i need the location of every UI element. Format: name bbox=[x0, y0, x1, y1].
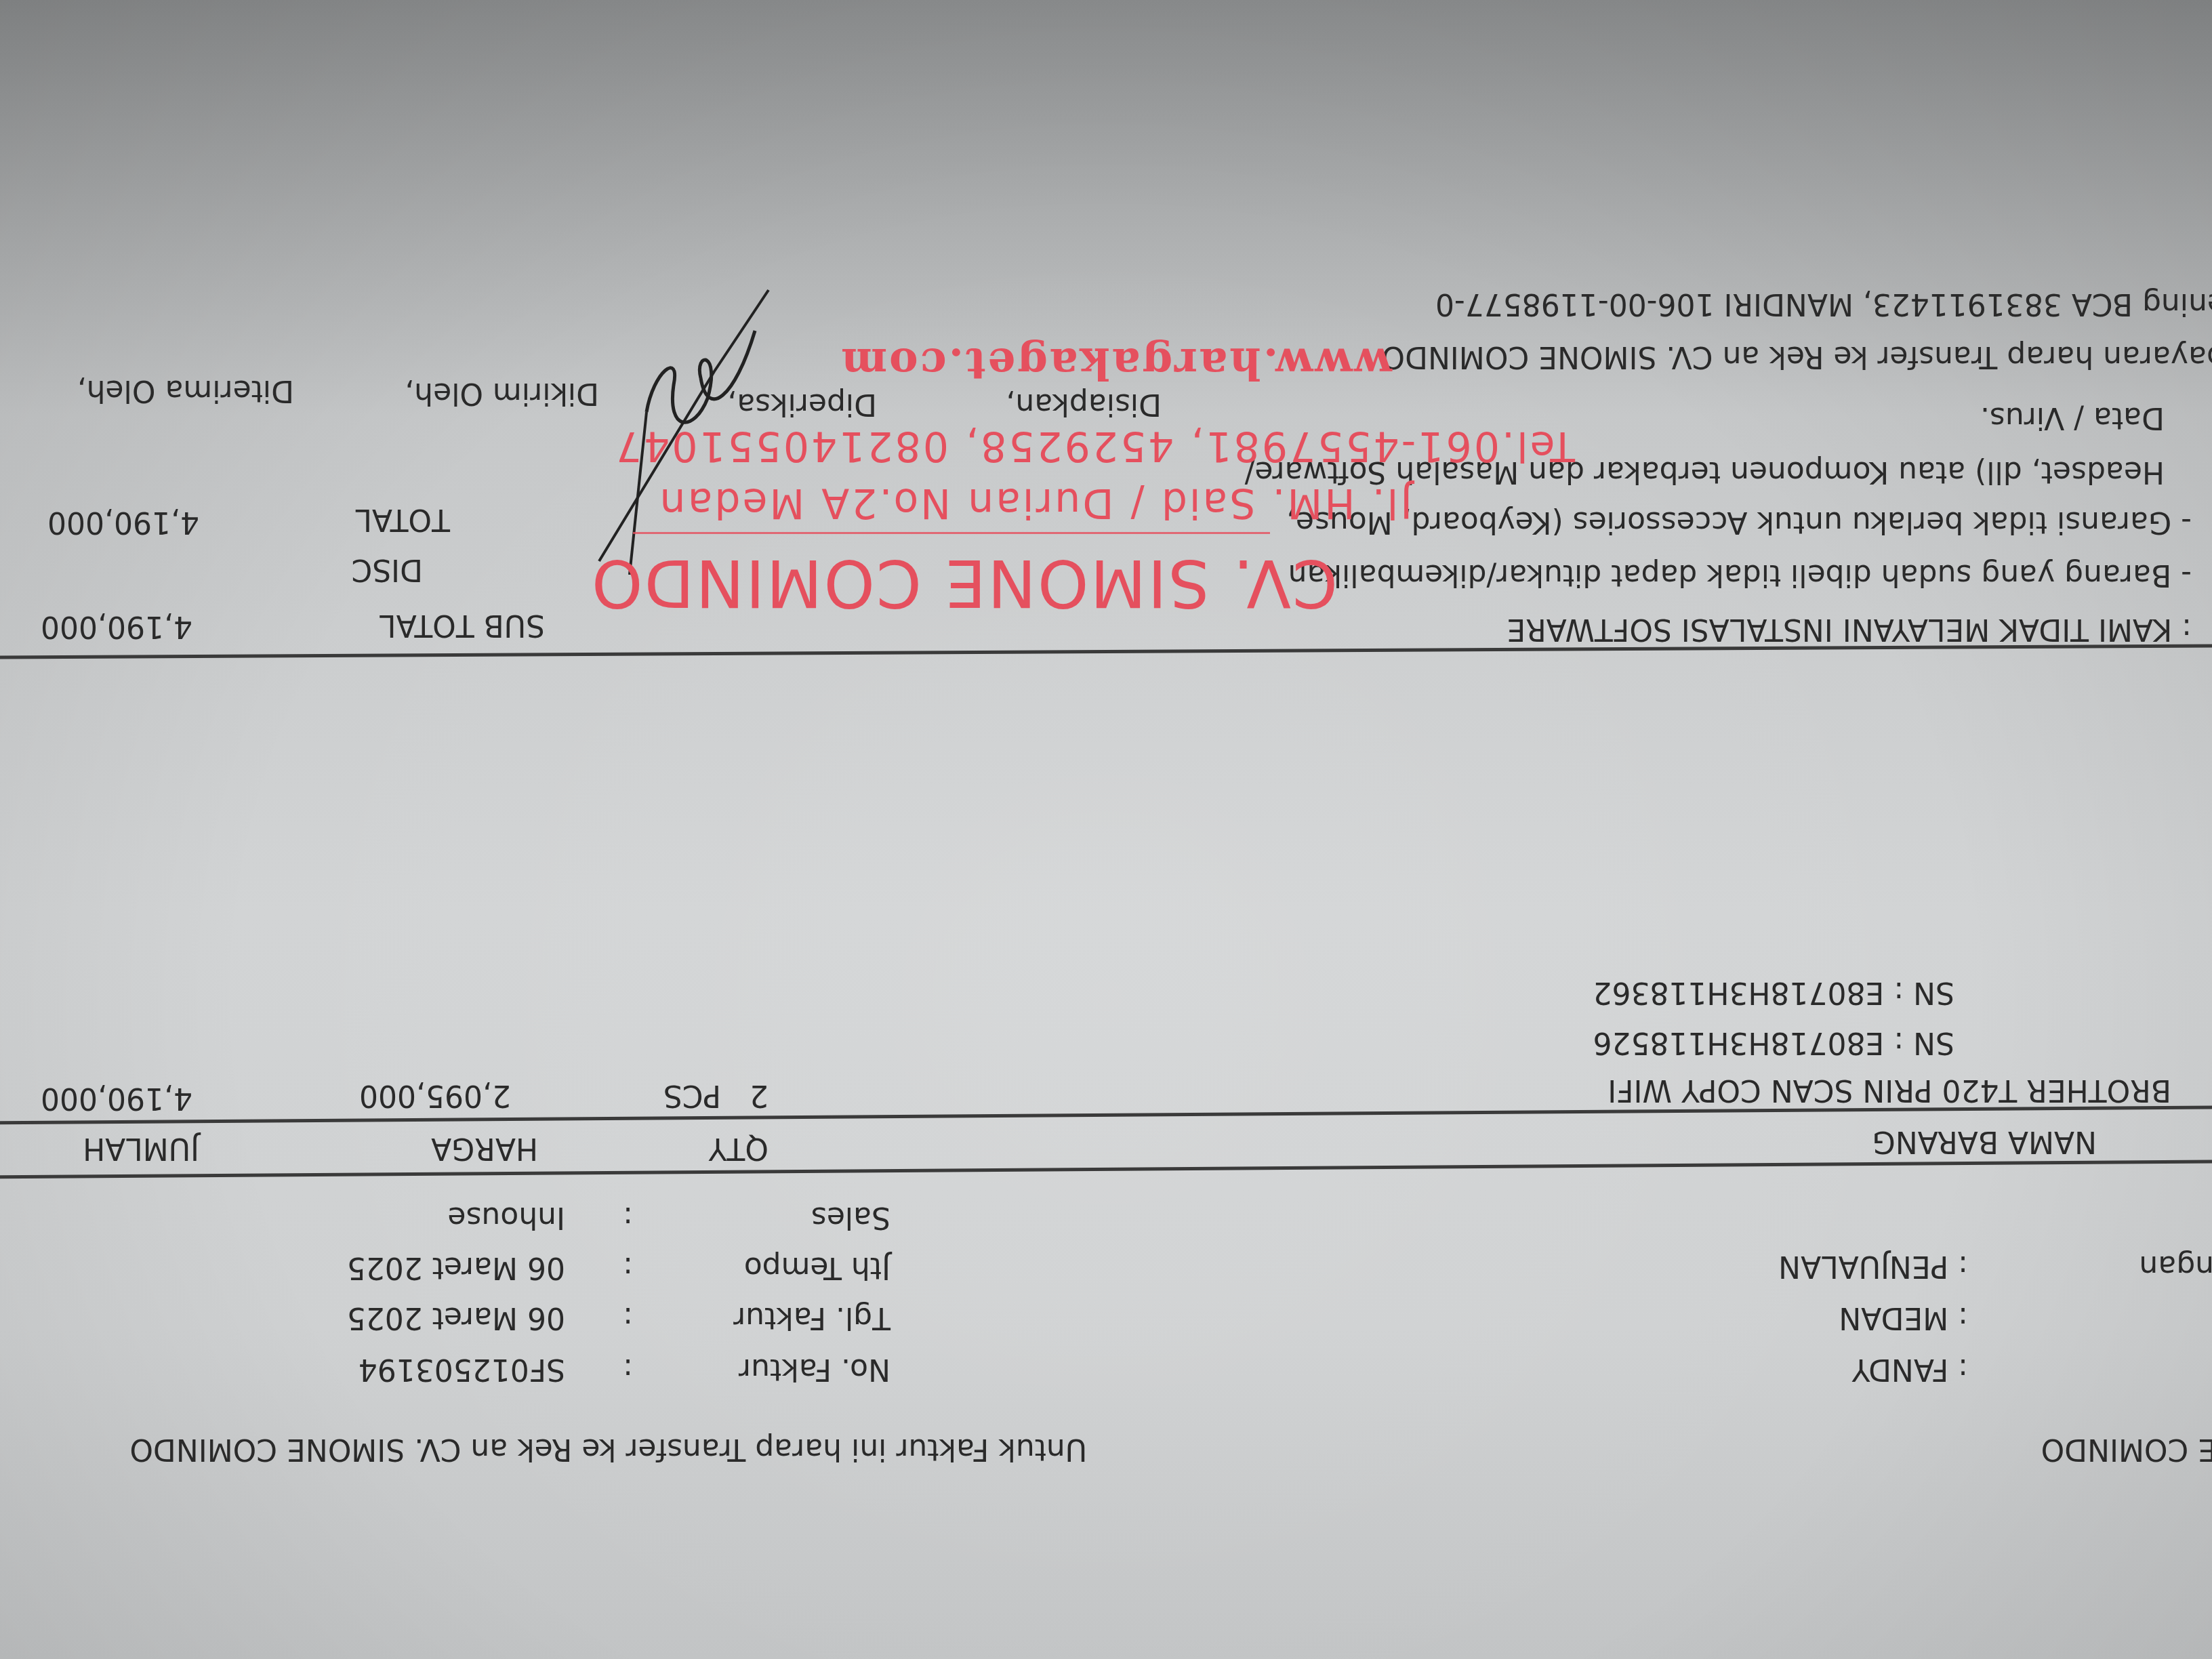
item-amount: 4,190,000 bbox=[41, 1083, 192, 1113]
transaction-type-label: angan bbox=[2139, 1251, 2212, 1281]
col-qty: QTY bbox=[709, 1133, 769, 1163]
note-line: - Barang yang sudah dibeli tidak dapat d… bbox=[1288, 560, 2192, 590]
sales-value: Inhouse bbox=[447, 1202, 565, 1232]
stamp-phone: Tel.061-4557981, 4529258, 082140551047 bbox=[614, 426, 1575, 466]
stamp-company-name: CV. SIMONE COMINDO bbox=[590, 550, 1338, 615]
bank-accounts: ening BCA 3831911423, MANDIRI 106-00-119… bbox=[1435, 289, 2212, 319]
col-harga: HARGA bbox=[431, 1133, 538, 1163]
customer-name: FANDY bbox=[1852, 1352, 1949, 1387]
note-line: Data / Virus. bbox=[1980, 403, 2165, 432]
invoice-number: SF01250319​4 bbox=[359, 1354, 565, 1384]
customer-city: MEDAN bbox=[1839, 1300, 1948, 1335]
col-jumlah: JUMLAH bbox=[83, 1133, 199, 1163]
discount-label: DISC bbox=[351, 554, 423, 584]
received-by: Diterima Oleh, bbox=[77, 375, 294, 405]
total-value: 4,190,000 bbox=[47, 507, 199, 537]
subtotal-value: 4,190,000 bbox=[41, 611, 192, 641]
transfer-note: Untuk Faktur ini harap Transfer ke Rek a… bbox=[129, 1434, 1087, 1464]
table-header-rule bbox=[0, 1105, 2212, 1124]
invoice-number-label: No. Faktur bbox=[739, 1354, 890, 1384]
item-serial: SN : E80718H3H118362 bbox=[1593, 977, 1954, 1007]
item-qty: 2 bbox=[750, 1080, 769, 1110]
invoice-date: 06 Maret 2025 bbox=[347, 1303, 565, 1332]
due-date: 06 Maret 2025 bbox=[347, 1252, 565, 1282]
transaction-type: PENJUALAN bbox=[1778, 1249, 1948, 1284]
company-line: NE COMINDO bbox=[2041, 1434, 2212, 1464]
item-unit: PCS bbox=[663, 1080, 721, 1110]
subtotal-label: SUB TOTAL bbox=[380, 610, 545, 640]
payment-note: bayaran harap Transfer ke Rek an CV. SIM… bbox=[1381, 342, 2212, 371]
sales-label: Sales bbox=[811, 1202, 890, 1232]
table-top-rule bbox=[0, 1160, 2212, 1179]
due-date-label: Jth Tempo bbox=[744, 1252, 890, 1282]
note-line: - Garansi tidak berlaku untuk Accessorie… bbox=[1286, 507, 2192, 537]
invoice-date-label: Tgl. Faktur bbox=[733, 1303, 890, 1332]
stamp-address: Jl. HM. Said / Durian No.2A Medan bbox=[658, 483, 1412, 523]
invoice-document: NE COMINDO Untuk Faktur ini harap Transf… bbox=[0, 0, 2212, 1659]
sent-by: Dikirim Oleh, bbox=[405, 378, 599, 408]
total-label: TOTAL bbox=[355, 504, 450, 534]
note-line: : KAMI TIDAK MELAYANI INSTALASI SOFTWARE bbox=[1507, 614, 2192, 644]
item-price: 2,095,000 bbox=[359, 1080, 511, 1110]
prepared-by: Disiapkan, bbox=[1006, 389, 1162, 419]
item-name: BROTHER T420 PRIN SCAN COPY WIFI bbox=[1607, 1075, 2171, 1105]
item-serial: SN : E80718H3H118526 bbox=[1593, 1027, 1954, 1057]
col-nama-barang: NAMA BARANG bbox=[1872, 1126, 2097, 1156]
stamp-website: www.hargakaget.com bbox=[839, 342, 1392, 385]
stamp-divider bbox=[633, 532, 1270, 534]
